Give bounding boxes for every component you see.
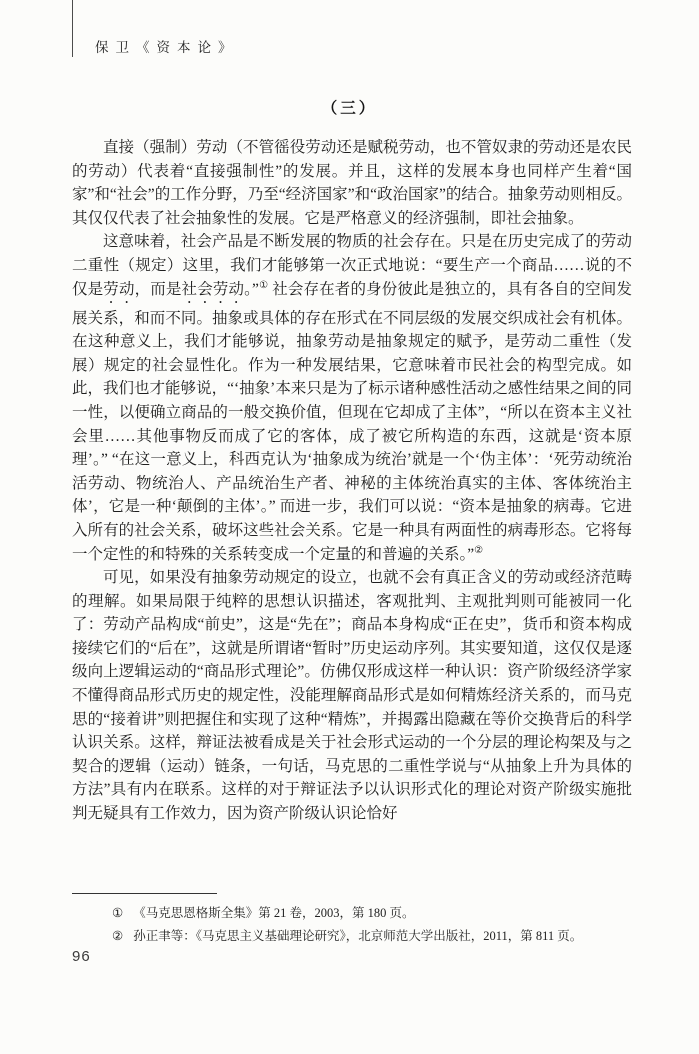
footnote-marker: ② xyxy=(112,929,123,943)
body-text: 直接（强制）劳动（不管徭役劳动还是赋税劳动，也不管奴隶的劳动还是农民的劳动）代表… xyxy=(72,136,632,826)
footnote: ①《马克思恩格斯全集》第 21 卷，2003，第 180 页。 xyxy=(72,902,632,925)
section-title: （三） xyxy=(0,96,699,118)
page-number: 96 xyxy=(72,948,91,965)
footnote-ref-marker: ① xyxy=(259,279,268,290)
emphasized-text: 社会劳动 xyxy=(182,281,245,298)
book-page: 保卫《资本论》 （三） 直接（强制）劳动（不管徭役劳动还是赋税劳动，也不管奴隶的… xyxy=(0,0,699,1054)
footnote-separator xyxy=(72,893,217,894)
text-run: 。” xyxy=(244,281,259,298)
footnote-text: 《马克思恩格斯全集》第 21 卷，2003，第 180 页。 xyxy=(133,906,414,920)
paragraph: 直接（强制）劳动（不管徭役劳动还是赋税劳动，也不管奴隶的劳动还是农民的劳动）代表… xyxy=(72,136,632,230)
text-run: 可见，如果没有抽象劳动规定的设立，也就不会有真正含义的劳动或经济范畴的理解。如果… xyxy=(72,569,632,822)
text-run: 直接（强制）劳动（不管徭役劳动还是赋税劳动，也不管奴隶的劳动还是农民的劳动）代表… xyxy=(72,139,632,227)
emphasized-text: 劳动 xyxy=(103,281,134,298)
footnote: ②孙正聿等：《马克思主义基础理论研究》，北京师范大学出版社，2011，第 811… xyxy=(72,925,632,948)
footnote-text: 孙正聿等：《马克思主义基础理论研究》，北京师范大学出版社，2011，第 811 … xyxy=(133,929,582,943)
text-run: ，而是 xyxy=(135,281,182,298)
footnote-marker: ① xyxy=(112,906,123,920)
running-head: 保卫《资本论》 xyxy=(95,36,239,56)
paragraph: 这意味着，社会产品是不断发展的物质的社会存在。只是在历史完成了的劳动二重性（规定… xyxy=(72,230,632,566)
text-run: 社会存在者的身份彼此是独立的，具有各自的空间发展关系，和而不同。抽象或具体的存在… xyxy=(72,281,632,563)
footnotes: ①《马克思恩格斯全集》第 21 卷，2003，第 180 页。②孙正聿等：《马克… xyxy=(72,902,632,948)
footnote-ref-marker: ② xyxy=(474,544,483,555)
header-vertical-rule xyxy=(72,0,73,57)
paragraph: 可见，如果没有抽象劳动规定的设立，也就不会有真正含义的劳动或经济范畴的理解。如果… xyxy=(72,566,632,826)
